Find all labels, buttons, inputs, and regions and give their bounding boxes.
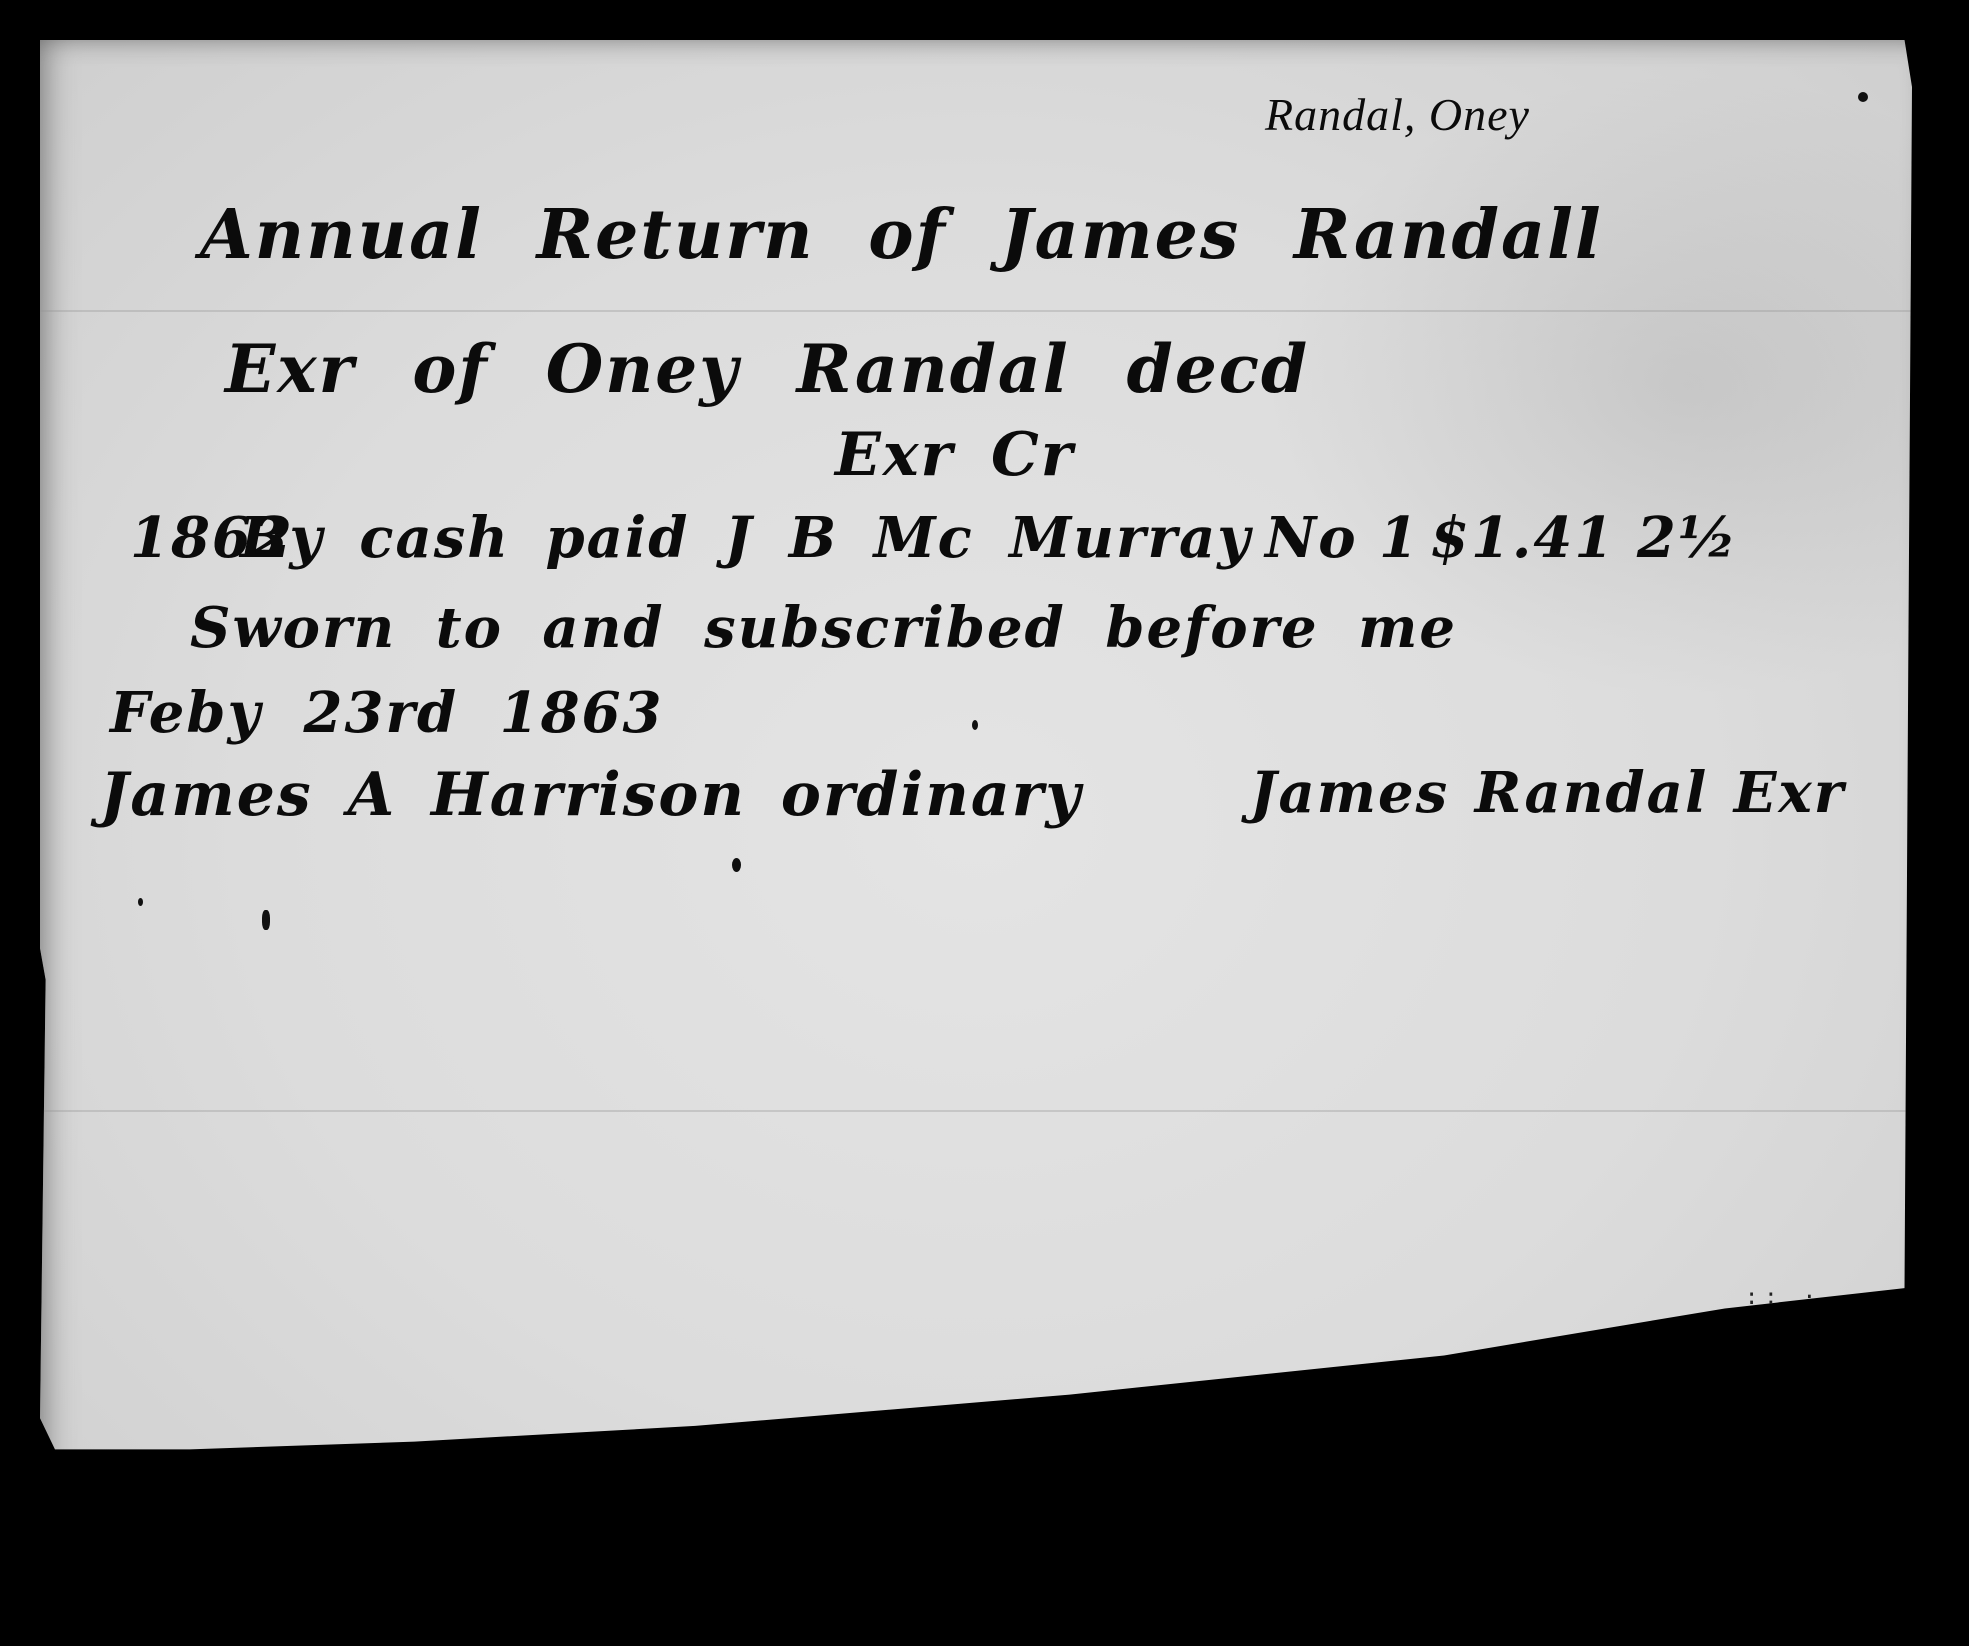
scan-background: Randal, Oney Annual Return of James Rand…	[0, 0, 1969, 1646]
ledger-entry: 1862 By cash paid J B Mc Murray No 1 $1.…	[130, 505, 1930, 585]
entry-voucher: No 1	[1265, 505, 1420, 571]
document-title-line-1: Annual Return of James Randall	[200, 195, 1603, 275]
ink-blot	[138, 898, 143, 906]
ink-blot	[732, 858, 741, 872]
ink-blot	[1858, 92, 1868, 102]
oath-date: Feby 23rd 1863	[110, 680, 663, 746]
index-label: Randal, Oney	[1265, 88, 1530, 141]
document-title-line-2: Exr of Oney Randal decd	[225, 330, 1309, 408]
entry-amount: $1.41 2½	[1430, 505, 1738, 571]
marginal-marks: :: ·	[1745, 1285, 1822, 1310]
entry-description: By cash paid J B Mc Murray	[240, 505, 1252, 571]
signature-executor: James Randal Exr	[1250, 760, 1845, 826]
account-heading: Exr Cr	[835, 420, 1074, 490]
signature-ordinary: James A Harrison ordinary	[100, 760, 1082, 830]
ink-blot	[262, 910, 270, 930]
fold-line	[40, 310, 1912, 312]
fold-line	[40, 1110, 1912, 1112]
ink-blot	[972, 720, 978, 730]
oath-text: Sworn to and subscribed before me	[190, 595, 1457, 661]
